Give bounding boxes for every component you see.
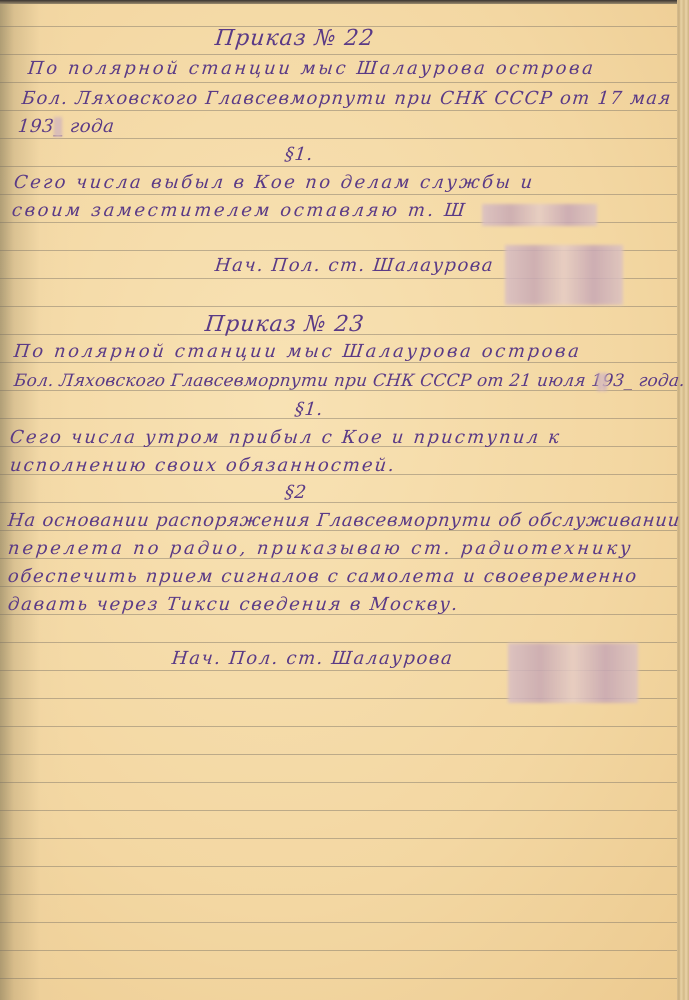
page-top-edge [0, 0, 689, 4]
order-22-header-line-1: По полярной станции мыс Шалаурова остров… [27, 58, 597, 79]
redacted-year-digit [54, 117, 62, 137]
order-23-section-2-line-3: обеспечить прием сигналов с самолета и с… [7, 566, 639, 587]
order-22-section-1-line-1: Сего числа выбыл в Кое по делам службы и [13, 172, 536, 193]
notebook-page: Приказ № 22 По полярной станции мыс Шала… [0, 0, 689, 1000]
order-23-section-2-line-1: На основании распоряжения Главсевморпути… [7, 510, 681, 531]
ruled-lines [0, 0, 677, 1000]
redacted-name [482, 204, 597, 226]
order-23-header-line-1: По полярной станции мыс Шалаурова остров… [13, 341, 583, 362]
order-22-header-line-3: 193_ года [17, 116, 116, 137]
order-22-header-line-2: Бол. Ляховского Главсевморпути при СНК С… [21, 88, 673, 109]
order-23-section-2-line-2: перелета по радио, приказываю ст. радиот… [7, 538, 634, 559]
order-23-section-1-line-2: исполнению своих обязанностей. [9, 455, 397, 476]
redacted-signature [508, 643, 638, 703]
order-22-section-1-line-2: своим заместителем оставляю т. Ш [11, 200, 469, 221]
page-right-edge-binding [677, 0, 689, 1000]
order-23-section-2-line-4: давать через Тикси сведения в Москву. [7, 594, 460, 615]
order-23-title: Приказ № 23 [204, 312, 366, 337]
order-22-section-1-mark: §1. [284, 144, 314, 165]
order-22-title: Приказ № 22 [214, 26, 376, 51]
redacted-signature [505, 245, 623, 305]
order-23-header-line-2: Бол. Ляховского Главсевморпути при СНК С… [13, 371, 686, 391]
order-23-section-2-mark: §2 [284, 482, 308, 503]
redacted-year-digit [597, 373, 607, 391]
order-23-section-1-mark: §1. [294, 399, 324, 420]
order-23-section-1-line-1: Сего числа утром прибыл с Кое и приступи… [9, 427, 562, 448]
order-22-signature: Нач. Пол. ст. Шалаурова [214, 255, 495, 276]
order-23-signature: Нач. Пол. ст. Шалаурова [171, 648, 455, 669]
